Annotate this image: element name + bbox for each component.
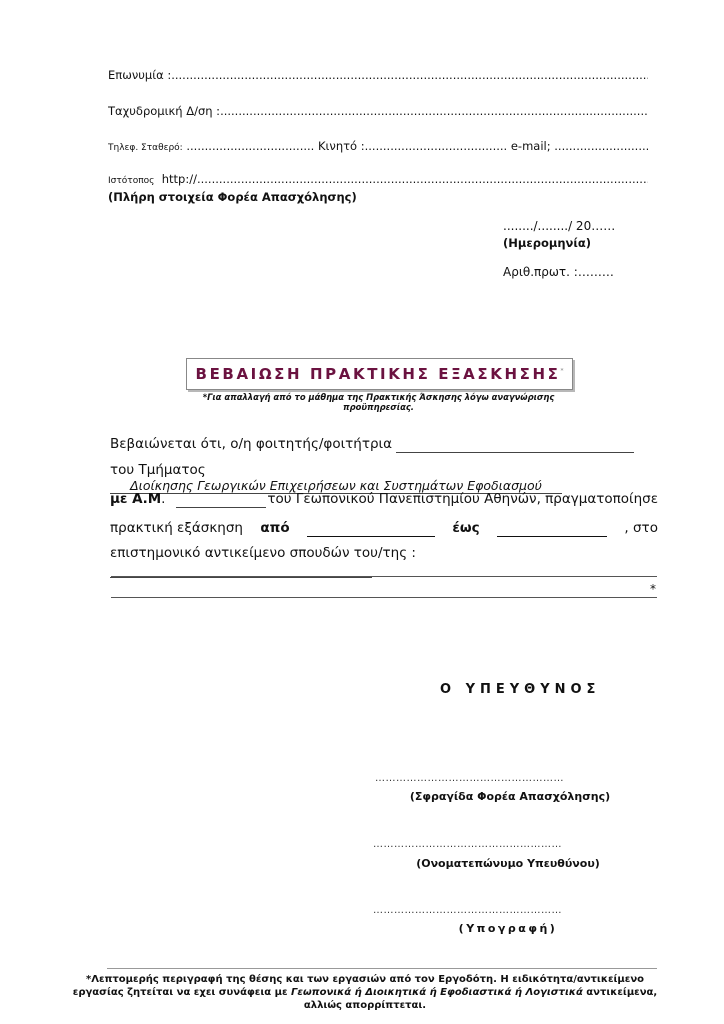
date-caption: (Ημερομηνία) (503, 236, 591, 250)
to-date-field[interactable] (497, 520, 607, 537)
employer-address-field[interactable]: ........................................… (220, 104, 648, 118)
website-prefix: http:// (162, 172, 197, 186)
responsible-name-field[interactable]: ……………………………………………… (373, 839, 562, 850)
website-field[interactable]: ........................................… (197, 172, 648, 186)
employer-website-row[interactable]: Ιστότοπος http://.......................… (108, 172, 648, 186)
am-row: με Α.Μ. του Γεωπονικού Πανεπιστημίου Αθη… (110, 491, 658, 508)
footnote-divider (107, 968, 657, 969)
student-row: Βεβαιώνεται ότι, ο/η φοιτητής/φοιτήτρια (110, 436, 658, 453)
employer-name-label: Επωνυμία : (108, 68, 171, 82)
signature-caption: (Υπογραφή) (368, 922, 648, 935)
stamp-caption: (Σφραγίδα Φορέα Απασχόλησης) (370, 790, 650, 803)
employer-address-label: Ταχυδρομική Δ/ση : (108, 104, 220, 118)
footnote: *Λεπτομερής περιγραφή της θέσης και των … (60, 973, 670, 1012)
subject-line-2[interactable] (111, 576, 657, 577)
signature-field[interactable]: ……………………………………………… (373, 905, 562, 916)
certificate-title-box: ΒΕΒΑΙΩΣΗ ΠΡΑΚΤΙΚΗΣ ΕΞΑΣΚΗΣΗΣ* (186, 358, 573, 390)
employer-name-row[interactable]: Επωνυμία :..............................… (108, 68, 648, 82)
student-label: Βεβαιώνεται ότι, ο/η φοιτητής/φοιτήτρια (110, 436, 392, 452)
student-name-field[interactable] (396, 436, 634, 453)
department-row: του Τμήματος Διοίκησης Γεωργικών Επιχειρ… (110, 462, 658, 494)
title-footnote-mark: * (560, 368, 563, 375)
subject-asterisk: * (650, 582, 656, 596)
email-label: e-mail; (511, 139, 551, 153)
email-field[interactable]: ........................................… (554, 139, 648, 153)
mobile-label: Κινητό : (318, 139, 365, 153)
from-date-field[interactable] (307, 520, 435, 537)
responsible-heading: Ο ΥΠΕΥΘΥΝΟΣ (440, 682, 600, 697)
employer-address-row[interactable]: Ταχυδρομική Δ/ση :......................… (108, 104, 648, 118)
certificate-subnote: *Για απαλλαγή από το μάθημα της Πρακτική… (186, 392, 571, 412)
subject-row: επιστημονικό αντικείμενο σπουδών του/της… (110, 545, 658, 578)
date-field[interactable]: ......../......../ 20…… (503, 219, 615, 233)
internship-text: πρακτική εξάσκηση (110, 520, 243, 537)
subject-line-3[interactable] (111, 597, 657, 598)
am-dot: . (161, 491, 165, 507)
mobile-field[interactable]: ....................................... (365, 139, 508, 153)
employer-name-field[interactable]: ........................................… (171, 68, 648, 82)
subject-label: επιστημονικό αντικείμενο σπουδών του/της… (110, 545, 416, 561)
responsible-name-caption: (Ονοματεπώνυμο Υπευθύνου) (368, 857, 648, 870)
website-label: Ιστότοπος (108, 176, 154, 186)
employer-contact-row[interactable]: Τηλεφ. Σταθερό: ........................… (108, 139, 648, 153)
to-label: έως (452, 520, 479, 537)
employer-caption: (Πλήρη στοιχεία Φορέα Απασχόλησης) (108, 190, 357, 204)
protocol-number-field[interactable]: Αριθ.πρωτ. :……… (503, 265, 614, 279)
field-text-end: , στο (624, 520, 658, 537)
certificate-title: ΒΕΒΑΙΩΣΗ ΠΡΑΚΤΙΚΗΣ ΕΞΑΣΚΗΣΗΣ (196, 365, 561, 383)
am-label: με Α.Μ (110, 491, 161, 507)
from-label: από (260, 520, 289, 537)
am-field[interactable] (176, 491, 266, 508)
footnote-italic: Γεωπονικά ή Διοικητικά ή Εφοδιαστικά ή Λ… (291, 987, 583, 998)
university-text: του Γεωπονικού Πανεπιστημίου Αθηνών, πρα… (267, 491, 658, 508)
phone-label: Τηλεφ. Σταθερό: (108, 143, 183, 153)
phone-field[interactable]: ................................... (186, 139, 314, 153)
department-label: του Τμήματος (110, 462, 206, 478)
period-row: πρακτική εξάσκηση από έως , στο (110, 520, 658, 537)
stamp-field[interactable]: ……………………………………………… (375, 773, 564, 784)
